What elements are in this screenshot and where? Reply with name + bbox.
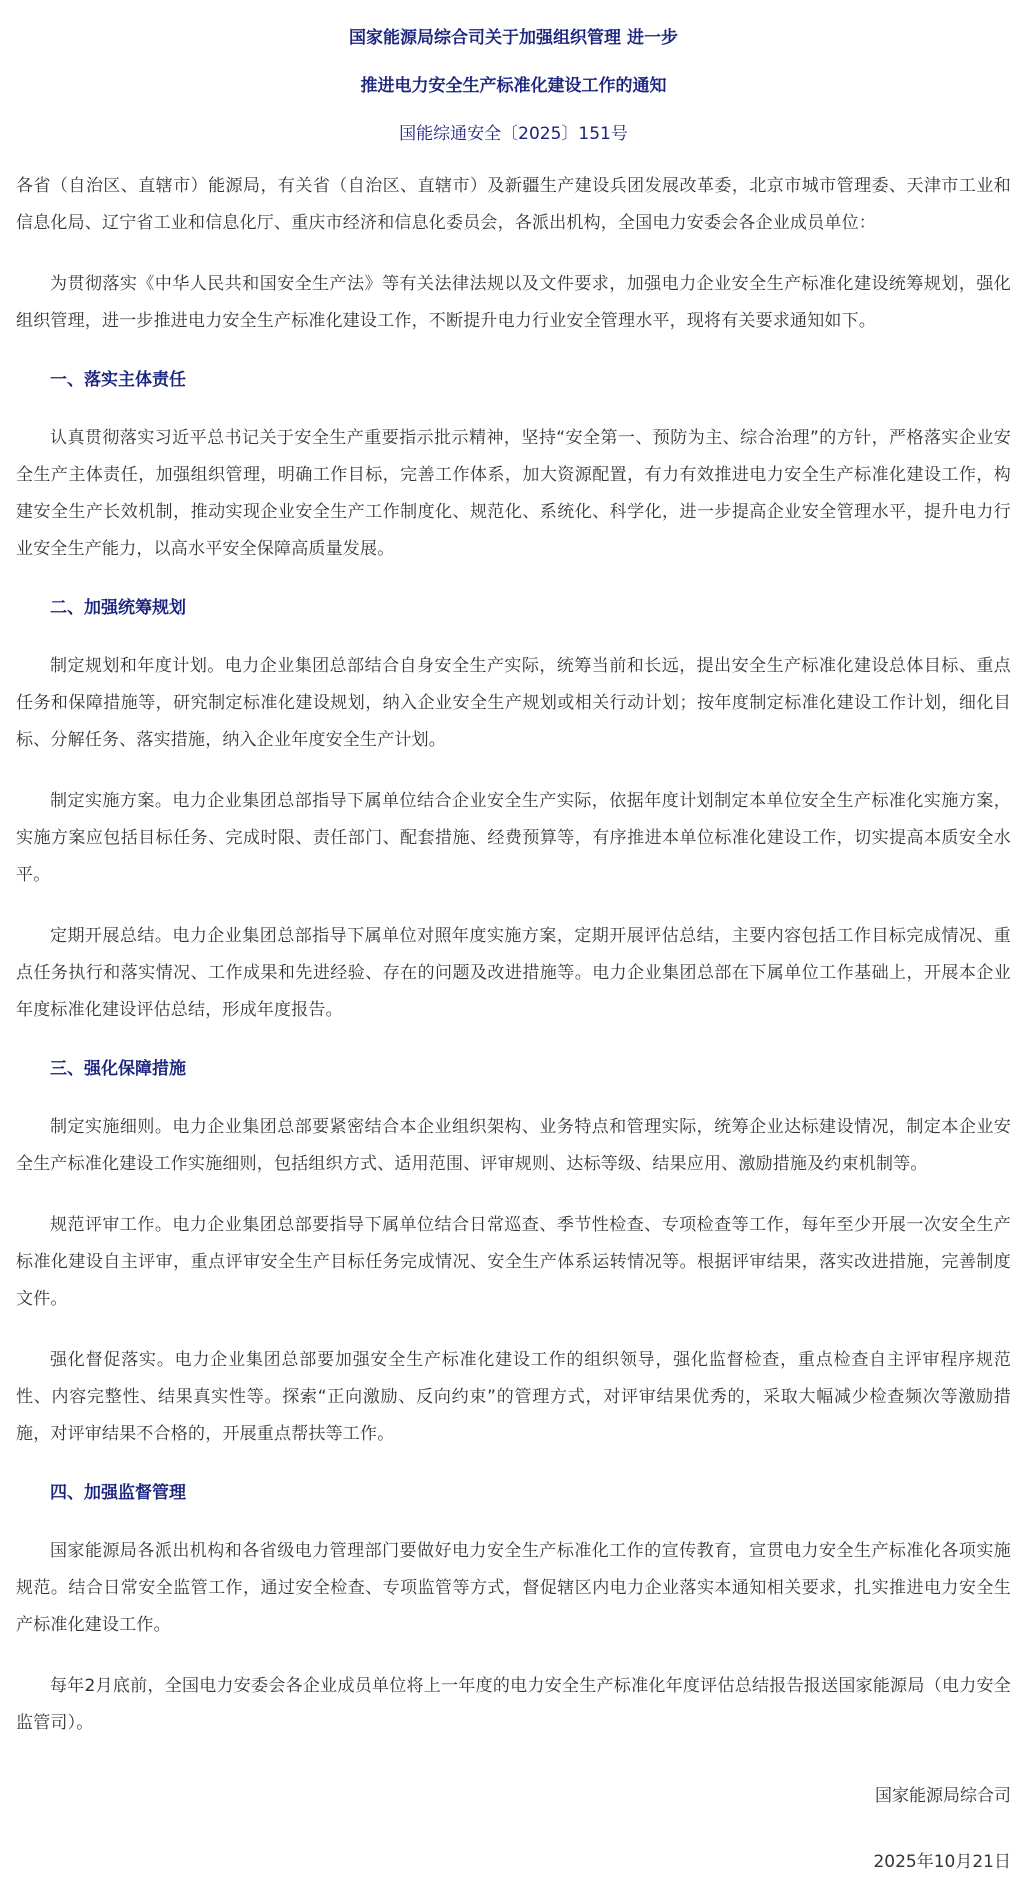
- section-paragraph: 制定实施细则。电力企业集团总部要紧密结合本企业组织架构、业务特点和管理实际，统筹…: [16, 1109, 1011, 1183]
- section-paragraph: 定期开展总结。电力企业集团总部指导下属单位对照年度实施方案，定期开展评估总结，主…: [16, 918, 1011, 1029]
- section-paragraph: 制定规划和年度计划。电力企业集团总部结合自身安全生产实际，统筹当前和长远，提出安…: [16, 648, 1011, 759]
- notice-document: 国家能源局综合司关于加强组织管理 进一步 推进电力安全生产标准化建设工作的通知 …: [0, 0, 1027, 1886]
- signature-date: 2025年10月21日: [16, 1852, 1011, 1886]
- section-heading: 二、加强统筹规划: [16, 598, 1011, 618]
- intro-paragraph: 为贯彻落实《中华人民共和国安全生产法》等有关法律法规以及文件要求，加强电力企业安…: [16, 266, 1011, 340]
- document-number: 国能综通安全〔2025〕151号: [16, 124, 1011, 144]
- signature-organization: 国家能源局综合司: [16, 1786, 1011, 1806]
- section-paragraph: 每年2月底前，全国电力安委会各企业成员单位将上一年度的电力安全生产标准化年度评估…: [16, 1668, 1011, 1742]
- section-paragraph: 制定实施方案。电力企业集团总部指导下属单位结合企业安全生产实际，依据年度计划制定…: [16, 783, 1011, 894]
- document-title-line-2: 推进电力安全生产标准化建设工作的通知: [16, 76, 1011, 96]
- section-4: 四、加强监督管理 国家能源局各派出机构和各省级电力管理部门要做好电力安全生产标准…: [16, 1483, 1011, 1742]
- section-paragraph: 认真贯彻落实习近平总书记关于安全生产重要指示批示精神，坚持“安全第一、预防为主、…: [16, 420, 1011, 568]
- section-2: 二、加强统筹规划 制定规划和年度计划。电力企业集团总部结合自身安全生产实际，统筹…: [16, 598, 1011, 1029]
- section-paragraph: 规范评审工作。电力企业集团总部要指导下属单位结合日常巡查、季节性检查、专项检查等…: [16, 1207, 1011, 1318]
- section-3: 三、强化保障措施 制定实施细则。电力企业集团总部要紧密结合本企业组织架构、业务特…: [16, 1059, 1011, 1453]
- section-paragraph: 国家能源局各派出机构和各省级电力管理部门要做好电力安全生产标准化工作的宣传教育，…: [16, 1533, 1011, 1644]
- section-1: 一、落实主体责任 认真贯彻落实习近平总书记关于安全生产重要指示批示精神，坚持“安…: [16, 370, 1011, 568]
- addressee-paragraph: 各省（自治区、直辖市）能源局，有关省（自治区、直辖市）及新疆生产建设兵团发展改革…: [16, 168, 1011, 242]
- section-heading: 四、加强监督管理: [16, 1483, 1011, 1503]
- section-paragraph: 强化督促落实。电力企业集团总部要加强安全生产标准化建设工作的组织领导，强化监督检…: [16, 1342, 1011, 1453]
- section-heading: 三、强化保障措施: [16, 1059, 1011, 1079]
- document-title-line-1: 国家能源局综合司关于加强组织管理 进一步: [16, 0, 1011, 48]
- section-heading: 一、落实主体责任: [16, 370, 1011, 390]
